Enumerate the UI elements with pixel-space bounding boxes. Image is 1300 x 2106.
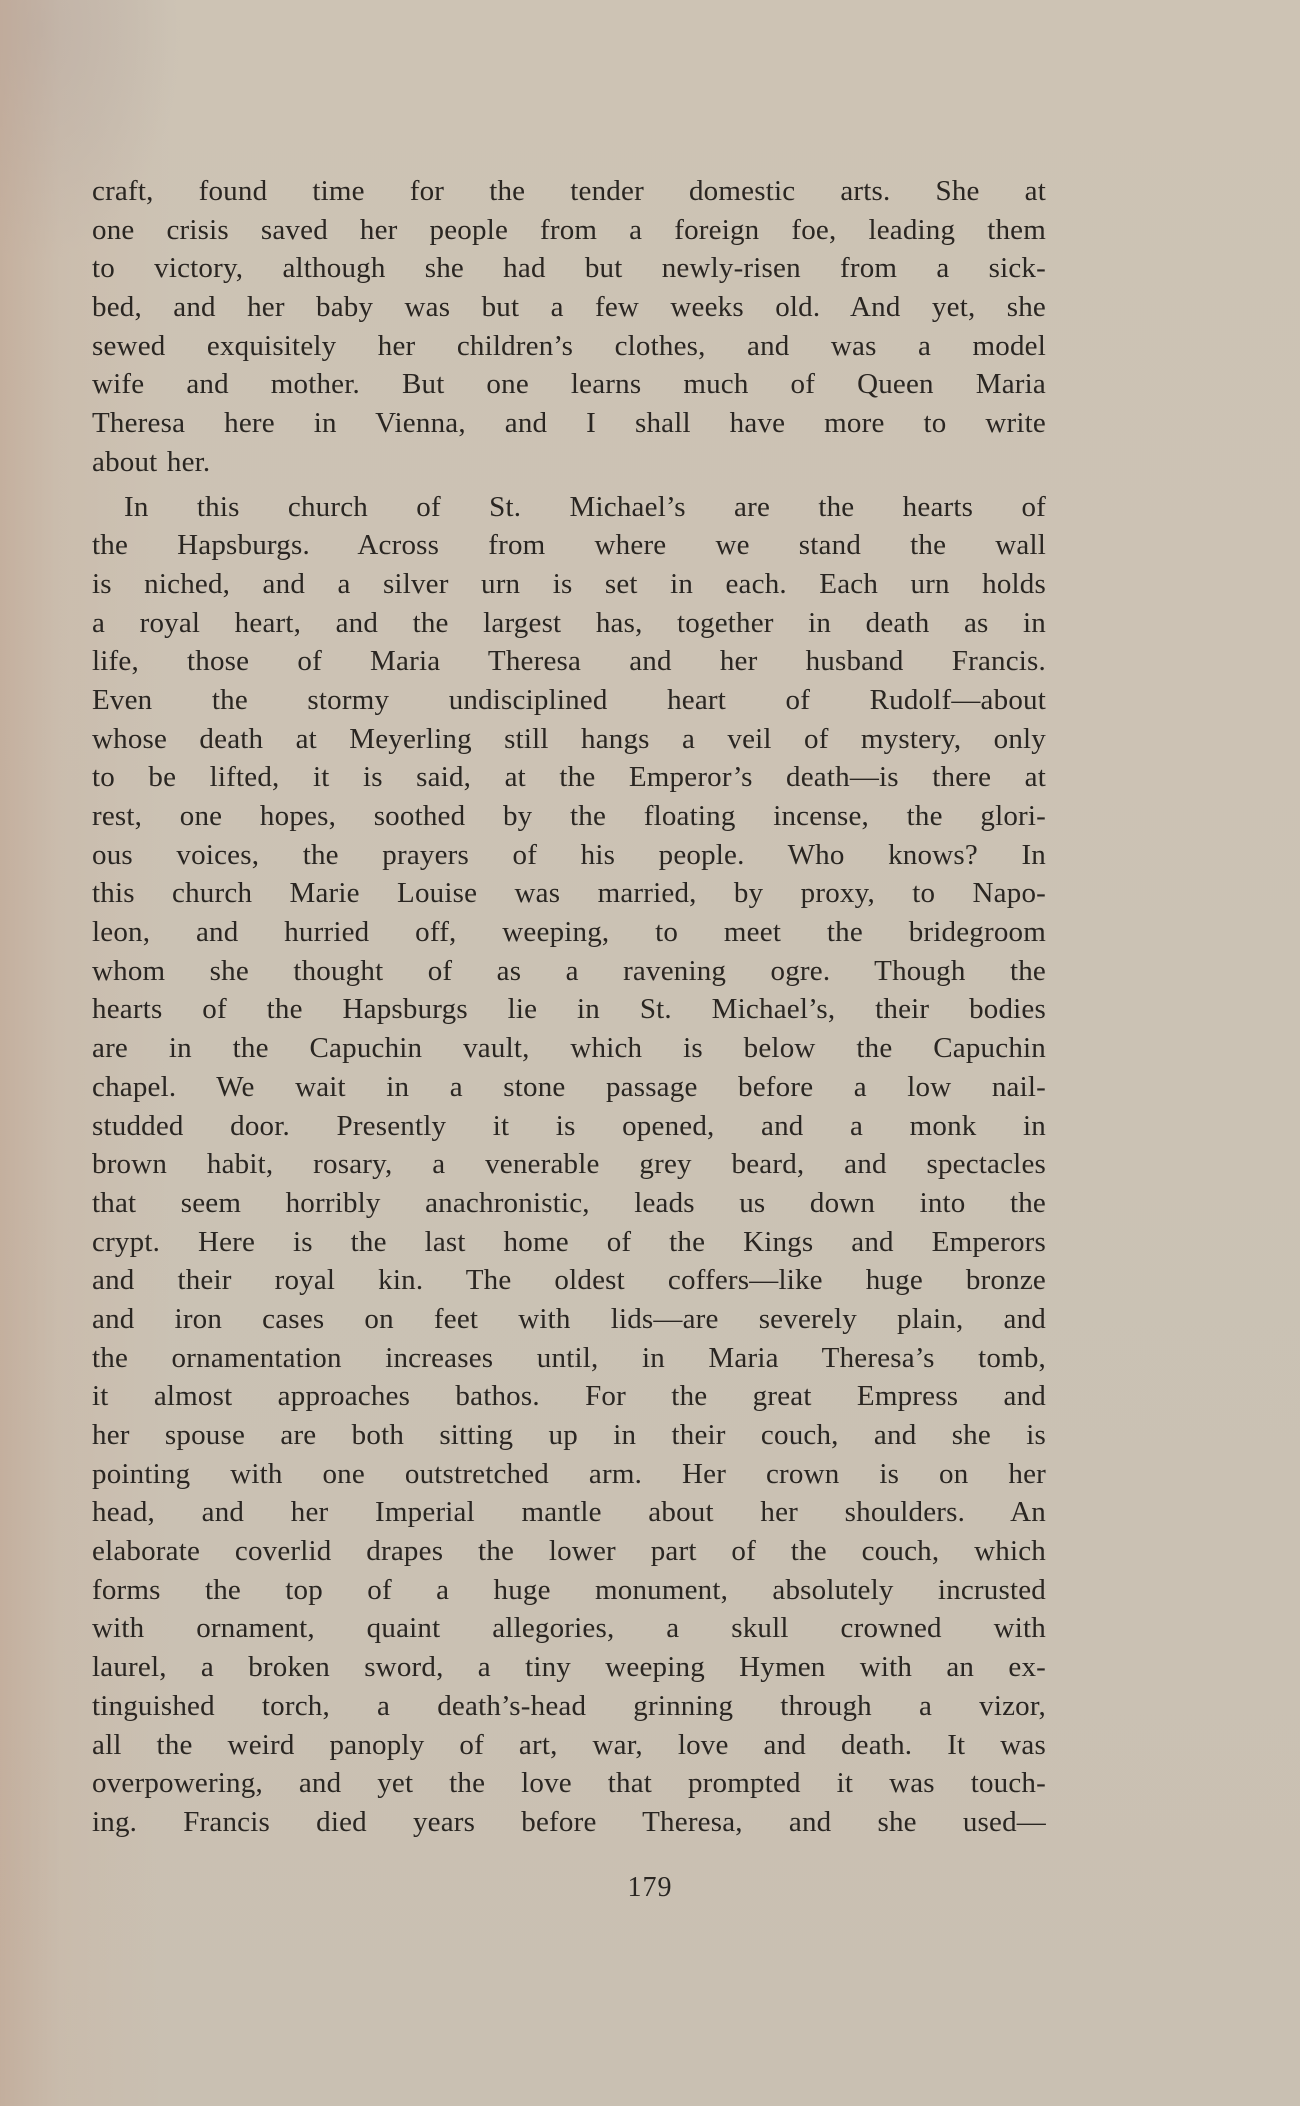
page-number: 179 — [0, 1872, 1300, 1904]
paragraph: In this church of St. Michael’s are the … — [92, 488, 1046, 1842]
text-line: pointing with one outstretched arm. Her … — [92, 1455, 1046, 1494]
text-line: ing. Francis died years before Theresa, … — [92, 1803, 1046, 1842]
text-line: chapel. We wait in a stone passage befor… — [92, 1068, 1046, 1107]
text-line: rest, one hopes, soothed by the floating… — [92, 797, 1046, 836]
text-line: crypt. Here is the last home of the King… — [92, 1223, 1046, 1262]
text-line: Theresa here in Vienna, and I shall have… — [92, 404, 1046, 443]
text-line: leon, and hurried off, weeping, to meet … — [92, 913, 1046, 952]
text-line: the Hapsburgs. Across from where we stan… — [92, 526, 1046, 565]
paragraph: craft, found time for the tender domesti… — [92, 172, 1046, 482]
text-line: are in the Capuchin vault, which is belo… — [92, 1029, 1046, 1068]
text-line: one crisis saved her people from a forei… — [92, 211, 1046, 250]
text-line: life, those of Maria Theresa and her hus… — [92, 642, 1046, 681]
text-line: overpowering, and yet the love that prom… — [92, 1764, 1046, 1803]
text-line: studded door. Presently it is opened, an… — [92, 1107, 1046, 1146]
text-line: and iron cases on feet with lids—are sev… — [92, 1300, 1046, 1339]
text-line: this church Marie Louise was married, by… — [92, 874, 1046, 913]
text-line: with ornament, quaint allegories, a skul… — [92, 1609, 1046, 1648]
text-line: brown habit, rosary, a venerable grey be… — [92, 1145, 1046, 1184]
text-line: wife and mother. But one learns much of … — [92, 365, 1046, 404]
text-line: elaborate coverlid drapes the lower part… — [92, 1532, 1046, 1571]
text-line: is niched, and a silver urn is set in ea… — [92, 565, 1046, 604]
text-line: the ornamentation increases until, in Ma… — [92, 1339, 1046, 1378]
text-line: craft, found time for the tender domesti… — [92, 172, 1046, 211]
text-line: tinguished torch, a death’s-head grinnin… — [92, 1687, 1046, 1726]
text-line: forms the top of a huge monument, absolu… — [92, 1571, 1046, 1610]
text-line: to be lifted, it is said, at the Emperor… — [92, 758, 1046, 797]
text-line: head, and her Imperial mantle about her … — [92, 1493, 1046, 1532]
text-line: and their royal kin. The oldest coffers—… — [92, 1261, 1046, 1300]
text-line: bed, and her baby was but a few weeks ol… — [92, 288, 1046, 327]
text-line: In this church of St. Michael’s are the … — [92, 488, 1046, 527]
text-line: Even the stormy undisciplined heart of R… — [92, 681, 1046, 720]
text-line: hearts of the Hapsburgs lie in St. Micha… — [92, 990, 1046, 1029]
text-line: that seem horribly anachronistic, leads … — [92, 1184, 1046, 1223]
text-line: whom she thought of as a ravening ogre. … — [92, 952, 1046, 991]
text-line: sewed exquisitely her children’s clothes… — [92, 327, 1046, 366]
text-line: laurel, a broken sword, a tiny weeping H… — [92, 1648, 1046, 1687]
text-line: her spouse are both sitting up in their … — [92, 1416, 1046, 1455]
body-text: craft, found time for the tender domesti… — [92, 172, 1046, 1842]
text-line: all the weird panoply of art, war, love … — [92, 1726, 1046, 1765]
text-line: a royal heart, and the largest has, toge… — [92, 604, 1046, 643]
text-line: whose death at Meyerling still hangs a v… — [92, 720, 1046, 759]
text-line: it almost approaches bathos. For the gre… — [92, 1377, 1046, 1416]
text-line: to victory, although she had but newly-r… — [92, 249, 1046, 288]
text-line: ous voices, the prayers of his people. W… — [92, 836, 1046, 875]
text-line: about her. — [92, 443, 1046, 482]
